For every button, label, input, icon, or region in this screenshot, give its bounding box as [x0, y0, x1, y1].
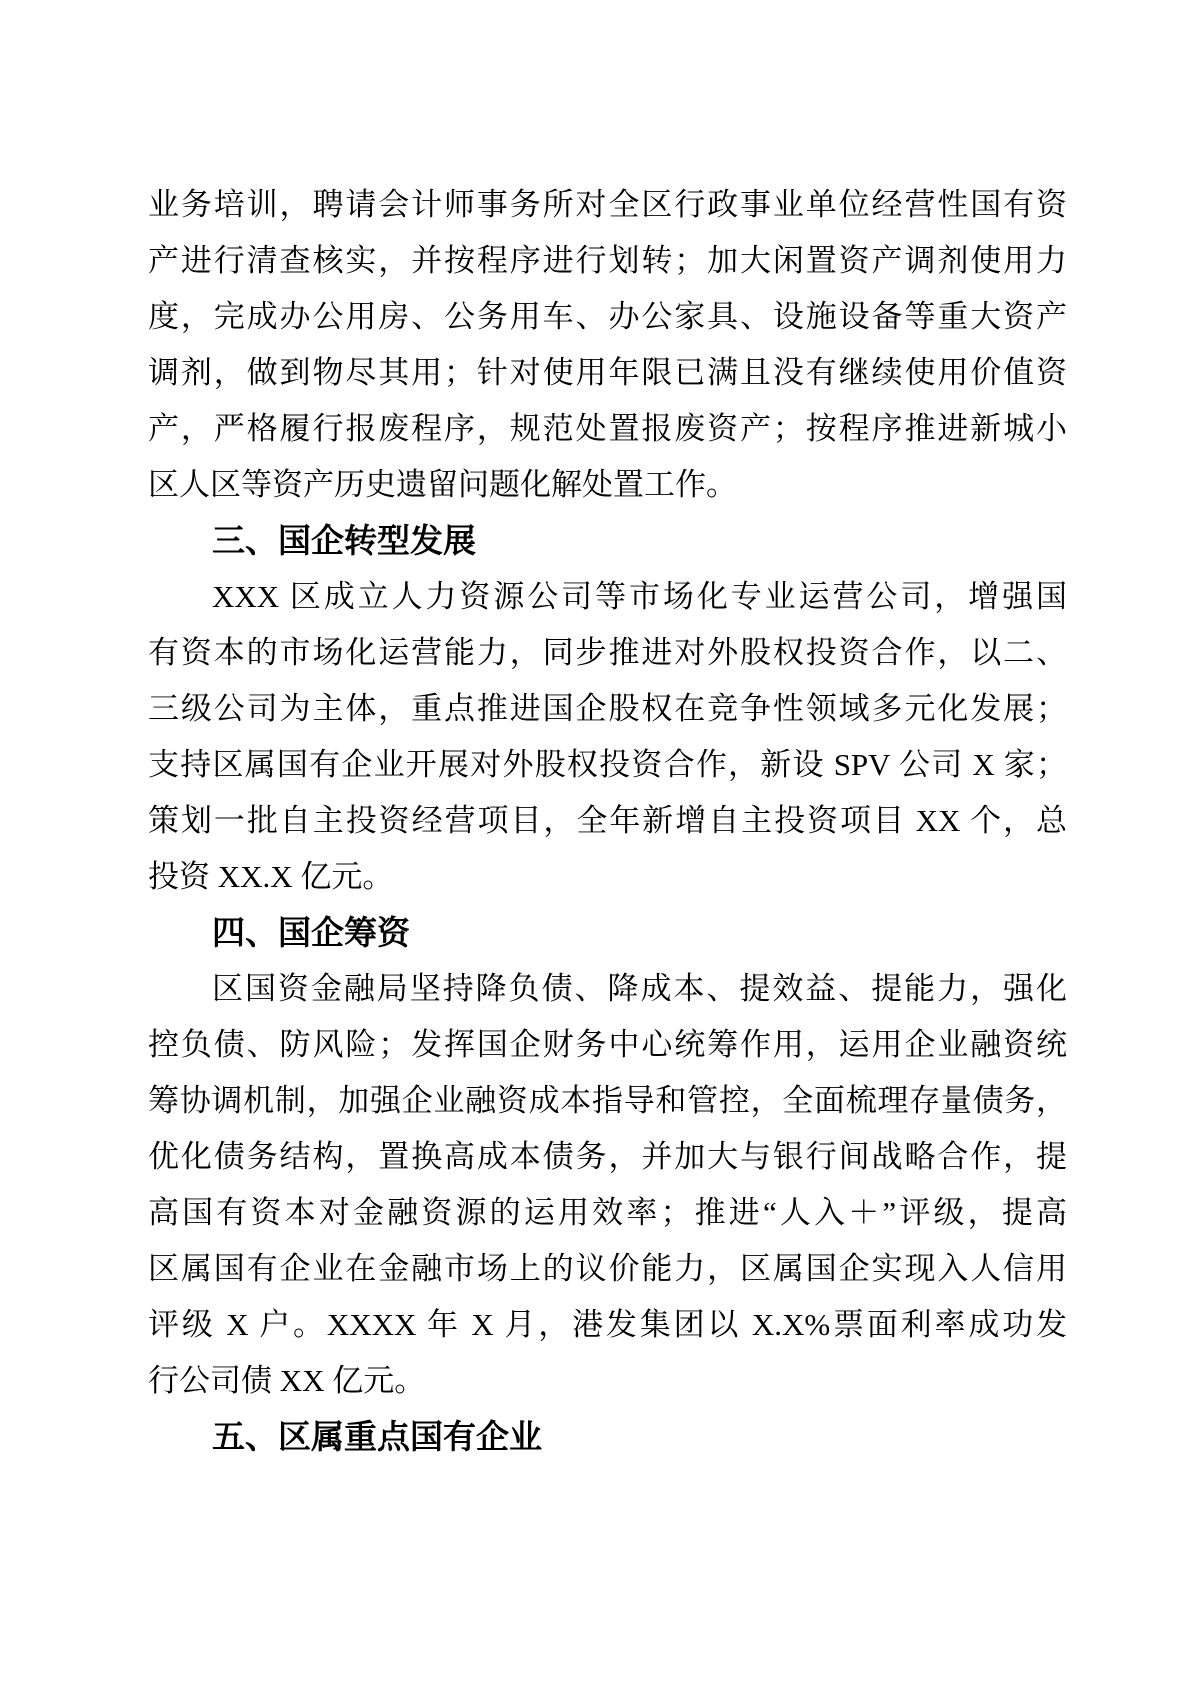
body-text-line: 投资 XX.X 亿元。: [148, 849, 1067, 905]
body-text-line: 行公司债 XX 亿元。: [148, 1353, 1067, 1409]
body-text-line: XXX 区成立人力资源公司等市场化专业运营公司，增强国: [148, 569, 1067, 625]
section-heading-4: 四、国企筹资: [148, 905, 1067, 961]
body-text-line: 评级 X 户。XXXX 年 X 月，港发集团以 X.X%票面利率成功发: [148, 1297, 1067, 1353]
body-text-line: 策划一批自主投资经营项目，全年新增自主投资项目 XX 个，总: [148, 793, 1067, 849]
section-heading-3: 三、国企转型发展: [148, 513, 1067, 569]
body-text-line: 控负债、防风险；发挥国企财务中心统筹作用，运用企业融资统: [148, 1017, 1067, 1073]
body-text-line: 区国资金融局坚持降负债、降成本、提效益、提能力，强化: [148, 961, 1067, 1017]
body-text-line: 区属国有企业在金融市场上的议价能力，区属国企实现入人信用: [148, 1241, 1067, 1297]
body-text-line: 有资本的市场化运营能力，同步推进对外股权投资合作，以二、: [148, 625, 1067, 681]
body-text-line: 业务培训，聘请会计师事务所对全区行政事业单位经营性国有资: [148, 177, 1067, 233]
body-text-line: 筹协调机制，加强企业融资成本指导和管控，全面梳理存量债务，: [148, 1073, 1067, 1129]
body-text-line: 支持区属国有企业开展对外股权投资合作，新设 SPV 公司 X 家；: [148, 737, 1067, 793]
body-text-line: 区人区等资产历史遗留问题化解处置工作。: [148, 457, 1067, 513]
document-page: 业务培训，聘请会计师事务所对全区行政事业单位经营性国有资 产进行清查核实，并按程…: [0, 0, 1190, 1683]
body-text-line: 度，完成办公用房、公务用车、办公家具、设施设备等重大资产: [148, 289, 1067, 345]
body-text-line: 高国有资本对金融资源的运用效率；推进“人入＋”评级，提高: [148, 1185, 1067, 1241]
document-content: 业务培训，聘请会计师事务所对全区行政事业单位经营性国有资 产进行清查核实，并按程…: [148, 177, 1067, 1465]
body-text-line: 优化债务结构，置换高成本债务，并加大与银行间战略合作，提: [148, 1129, 1067, 1185]
body-text-line: 三级公司为主体，重点推进国企股权在竞争性领域多元化发展；: [148, 681, 1067, 737]
body-text-line: 产，严格履行报废程序，规范处置报废资产；按程序推进新城小: [148, 401, 1067, 457]
section-heading-5: 五、区属重点国有企业: [148, 1409, 1067, 1465]
body-text-line: 调剂，做到物尽其用；针对使用年限已满且没有继续使用价值资: [148, 345, 1067, 401]
body-text-line: 产进行清查核实，并按程序进行划转；加大闲置资产调剂使用力: [148, 233, 1067, 289]
